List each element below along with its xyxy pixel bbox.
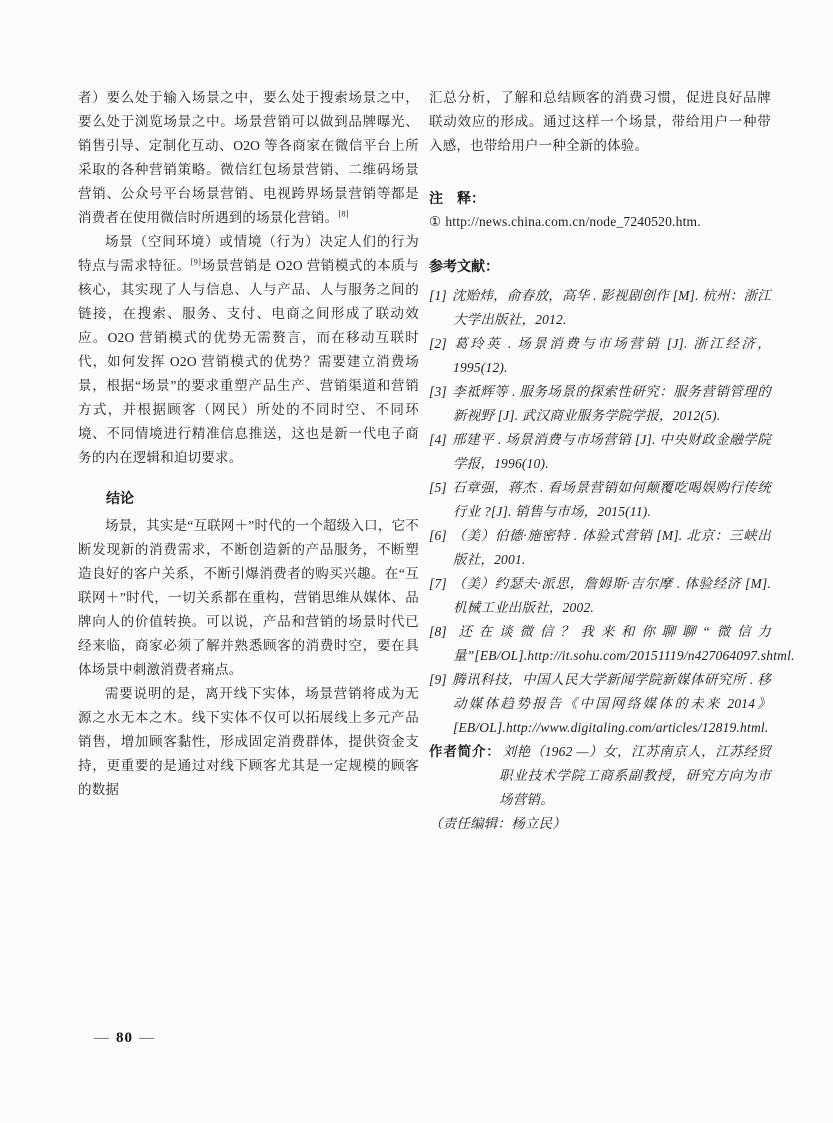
reference-item: [8]还在谈微信？我来和你聊聊“微信力量”[EB/OL].http://it.s… bbox=[429, 620, 771, 668]
note-item: ①http://news.china.com.cn/node_7240520.h… bbox=[429, 210, 771, 234]
reference-marker: [3] bbox=[429, 384, 447, 399]
reference-marker: [7] bbox=[429, 576, 447, 591]
reference-text: 石章强，蒋杰 . 看场景营销如何颠覆吃喝娱购行传统行业 ?[J]. 销售与市场，… bbox=[452, 480, 771, 519]
reference-text: 葛玲英 . 场景消费与市场营销 [J]. 浙江经济，1995(12). bbox=[452, 336, 771, 375]
reference-text: 沈贻炜，俞春放，高华 . 影视剧创作 [M]. 杭州：浙江大学出版社，2012. bbox=[452, 288, 771, 327]
note-url: http://news.china.com.cn/node_7240520.ht… bbox=[445, 214, 701, 229]
left-column: 者）要么处于输入场景之中，要么处于搜索场景之中，要么处于浏览场景之中。场景营销可… bbox=[78, 86, 419, 802]
page-number-value: 80 bbox=[116, 1030, 133, 1046]
notes-heading: 注 释： bbox=[429, 186, 771, 210]
paragraph-text: 场景营销是 O2O 营销模式的本质与核心，其实现了人与信息、人与产品、人与服务之… bbox=[78, 258, 419, 465]
author-bio: 作者简介：刘艳（1962 —）女，江苏南京人，江苏经贸职业技术学院工商系副教授，… bbox=[429, 740, 771, 812]
author-bio-text: 刘艳（1962 —）女，江苏南京人，江苏经贸职业技术学院工商系副教授，研究方向为… bbox=[499, 744, 771, 807]
page-number-dash-left: — bbox=[94, 1030, 110, 1046]
paragraph-text: 者）要么处于输入场景之中，要么处于搜索场景之中，要么处于浏览场景之中。场景营销可… bbox=[78, 90, 419, 225]
page-number: —80— bbox=[94, 1030, 155, 1047]
paragraph-conclusion-1: 场景，其实是“互联网＋”时代的一个超级入口，它不断发现新的消费需求，不断创造新的… bbox=[78, 514, 419, 682]
reference-marker: [6] bbox=[429, 528, 447, 543]
reference-text: 邢建平 . 场景消费与市场营销 [J]. 中央财政金融学院学报，1996(10)… bbox=[452, 432, 771, 471]
editor-note: （责任编辑：杨立民） bbox=[429, 812, 771, 836]
citation-superscript-8: [8] bbox=[338, 209, 349, 219]
reference-marker: [5] bbox=[429, 480, 447, 495]
reference-text: 腾讯科技，中国人民大学新闻学院新媒体研究所 . 移动媒体趋势报告《中国网络媒体的… bbox=[452, 672, 771, 735]
reference-item: [9]腾讯科技，中国人民大学新闻学院新媒体研究所 . 移动媒体趋势报告《中国网络… bbox=[429, 668, 771, 740]
journal-page: 者）要么处于输入场景之中，要么处于搜索场景之中，要么处于浏览场景之中。场景营销可… bbox=[0, 0, 833, 1123]
reference-item: [1]沈贻炜，俞春放，高华 . 影视剧创作 [M]. 杭州：浙江大学出版社，20… bbox=[429, 284, 771, 332]
reference-marker: [8] bbox=[429, 624, 447, 639]
note-marker-circled-one: ① bbox=[429, 214, 441, 229]
paragraph-continuation-right: 汇总分析，了解和总结顾客的消费习惯，促进良好品牌联动效应的形成。通过这样一个场景… bbox=[429, 86, 771, 158]
reference-item: [3]李祗辉等 . 服务场景的探索性研究：服务营销管理的新视野 [J]. 武汉商… bbox=[429, 380, 771, 428]
conclusion-heading: 结论 bbox=[78, 486, 419, 510]
reference-list: [1]沈贻炜，俞春放，高华 . 影视剧创作 [M]. 杭州：浙江大学出版社，20… bbox=[429, 284, 771, 740]
reference-item: [7]（美）约瑟夫·派思，詹姆斯·吉尔摩 . 体验经济 [M]. 机械工业出版社… bbox=[429, 572, 771, 620]
reference-marker: [2] bbox=[429, 336, 447, 351]
paragraph-scene-definition: 场景（空间环境）或情境（行为）决定人们的行为特点与需求特征。[9]场景营销是 O… bbox=[78, 230, 419, 470]
reference-marker: [4] bbox=[429, 432, 447, 447]
citation-superscript-9: [9] bbox=[191, 257, 202, 267]
reference-item: [4]邢建平 . 场景消费与市场营销 [J]. 中央财政金融学院学报，1996(… bbox=[429, 428, 771, 476]
reference-text: 还在谈微信？我来和你聊聊“微信力量”[EB/OL].http://it.sohu… bbox=[452, 624, 795, 663]
right-column: 汇总分析，了解和总结顾客的消费习惯，促进良好品牌联动效应的形成。通过这样一个场景… bbox=[429, 86, 771, 836]
reference-item: [6]（美）伯德·施密特 . 体验式营销 [M]. 北京：三峡出版社，2001. bbox=[429, 524, 771, 572]
page-number-dash-right: — bbox=[139, 1030, 155, 1046]
reference-marker: [9] bbox=[429, 672, 447, 687]
reference-item: [2]葛玲英 . 场景消费与市场营销 [J]. 浙江经济，1995(12). bbox=[429, 332, 771, 380]
author-bio-label: 作者简介： bbox=[429, 744, 501, 759]
reference-marker: [1] bbox=[429, 288, 447, 303]
reference-text: （美）约瑟夫·派思，詹姆斯·吉尔摩 . 体验经济 [M]. 机械工业出版社，20… bbox=[452, 576, 771, 615]
references-heading: 参考文献： bbox=[429, 254, 771, 278]
reference-text: 李祗辉等 . 服务场景的探索性研究：服务营销管理的新视野 [J]. 武汉商业服务… bbox=[452, 384, 771, 423]
reference-text: （美）伯德·施密特 . 体验式营销 [M]. 北京：三峡出版社，2001. bbox=[452, 528, 771, 567]
paragraph-continuation-left: 者）要么处于输入场景之中，要么处于搜索场景之中，要么处于浏览场景之中。场景营销可… bbox=[78, 86, 419, 230]
paragraph-conclusion-2: 需要说明的是，离开线下实体，场景营销将成为无源之水无本之木。线下实体不仅可以拓展… bbox=[78, 682, 419, 802]
reference-item: [5]石章强，蒋杰 . 看场景营销如何颠覆吃喝娱购行传统行业 ?[J]. 销售与… bbox=[429, 476, 771, 524]
